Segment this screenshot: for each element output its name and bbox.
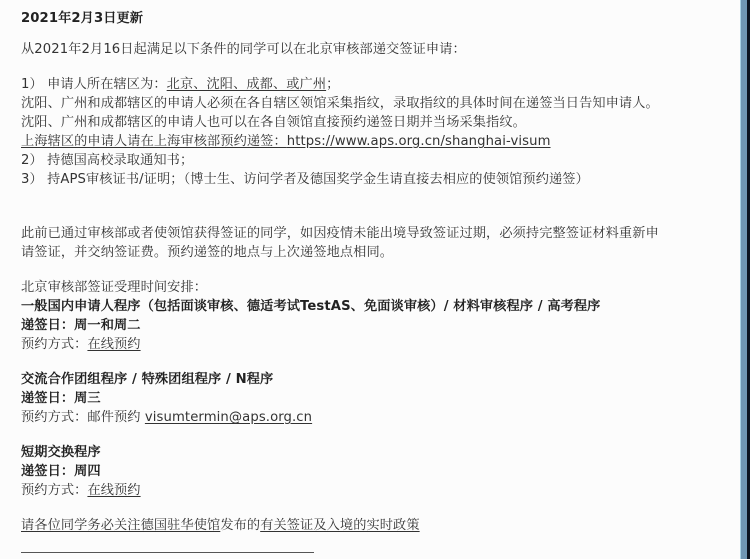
footer-note: 请各位同学务必关注德国驻华使馆发布的有关签证及入境的实时政策 xyxy=(21,516,420,535)
program-name: 一般国内申请人程序（包括面谈审核、德适考试TestAS、免面谈审核）/ 材料审核… xyxy=(21,297,600,316)
program-booking: 预约方式：邮件预约 visumtermin@aps.org.cn xyxy=(21,408,312,427)
condition-1-line4: 上海辖区的申请人请在上海审核部预约递签：https://www.aps.org.… xyxy=(21,132,551,151)
horizontal-divider xyxy=(21,552,314,553)
embassy-link[interactable]: 请各位同学务必关注德国驻华使馆 xyxy=(21,518,220,533)
shanghai-text: 上海辖区的申请人请在上海审核部预约递签： xyxy=(21,134,287,149)
footer-note-text: 发布的 xyxy=(220,518,260,533)
booking-label: 预约方式：邮件预约 xyxy=(21,410,145,425)
program-days: 递签日：周一和周二 xyxy=(21,316,141,335)
expired-note-line1: 此前已通过审核部或者使领馆获得签证的同学，如因疫情未能出境导致签证过期，必须持完… xyxy=(21,224,659,243)
condition-1-line3: 沈阳、广州和成都辖区的申请人也可以在各自领馆直接预约递签日期并当场采集指纹。 xyxy=(21,113,526,132)
program-days: 递签日：周四 xyxy=(21,462,101,481)
condition-1-suffix: ； xyxy=(326,77,339,92)
program-days: 递签日：周三 xyxy=(21,389,101,408)
document-page: 2021年2月3日更新 从2021年2月16日起满足以下条件的同学可以在北京审核… xyxy=(0,0,740,559)
condition-1: 1） 申请人所在辖区为：北京、沈阳、成都、或广州； xyxy=(21,75,339,94)
condition-3: 3） 持APS审核证书/证明；（博士生、访问学者及德国奖学金生请直接去相应的使领… xyxy=(21,170,589,189)
schedule-heading: 北京审核部签证受理时间安排： xyxy=(21,278,207,297)
program-booking: 预约方式：在线预约 xyxy=(21,335,141,354)
condition-1-line2: 沈阳、广州和成都辖区的申请人必须在各自辖区领馆采集指纹，录取指纹的具体时间在递签… xyxy=(21,94,659,113)
program-name: 短期交换程序 xyxy=(21,443,101,462)
program-name: 交流合作团组程序 / 特殊团组程序 / N程序 xyxy=(21,370,273,389)
policy-link[interactable]: 有关签证及入境的实时政策 xyxy=(260,518,419,533)
email-booking-link[interactable]: visumtermin@aps.org.cn xyxy=(145,410,312,425)
condition-1-prefix: 1） 申请人所在辖区为： xyxy=(21,77,167,92)
expired-note-line2: 请签证，并交纳签证费。预约递签的地点与上次递签地点相同。 xyxy=(21,243,393,262)
update-title: 2021年2月3日更新 xyxy=(21,9,143,28)
regions-link[interactable]: 北京、沈阳、成都、或广州 xyxy=(167,77,326,92)
booking-label: 预约方式： xyxy=(21,483,87,498)
program-booking: 预约方式：在线预约 xyxy=(21,481,141,500)
window-edge-border xyxy=(740,0,747,559)
intro-text: 从2021年2月16日起满足以下条件的同学可以在北京审核部递交签证申请： xyxy=(21,40,466,59)
online-booking-link[interactable]: 在线预约 xyxy=(87,483,140,498)
condition-2: 2） 持德国高校录取通知书； xyxy=(21,151,193,170)
shanghai-visum-link[interactable]: https://www.aps.org.cn/shanghai-visum xyxy=(287,134,551,149)
booking-label: 预约方式： xyxy=(21,337,87,352)
online-booking-link[interactable]: 在线预约 xyxy=(87,337,140,352)
